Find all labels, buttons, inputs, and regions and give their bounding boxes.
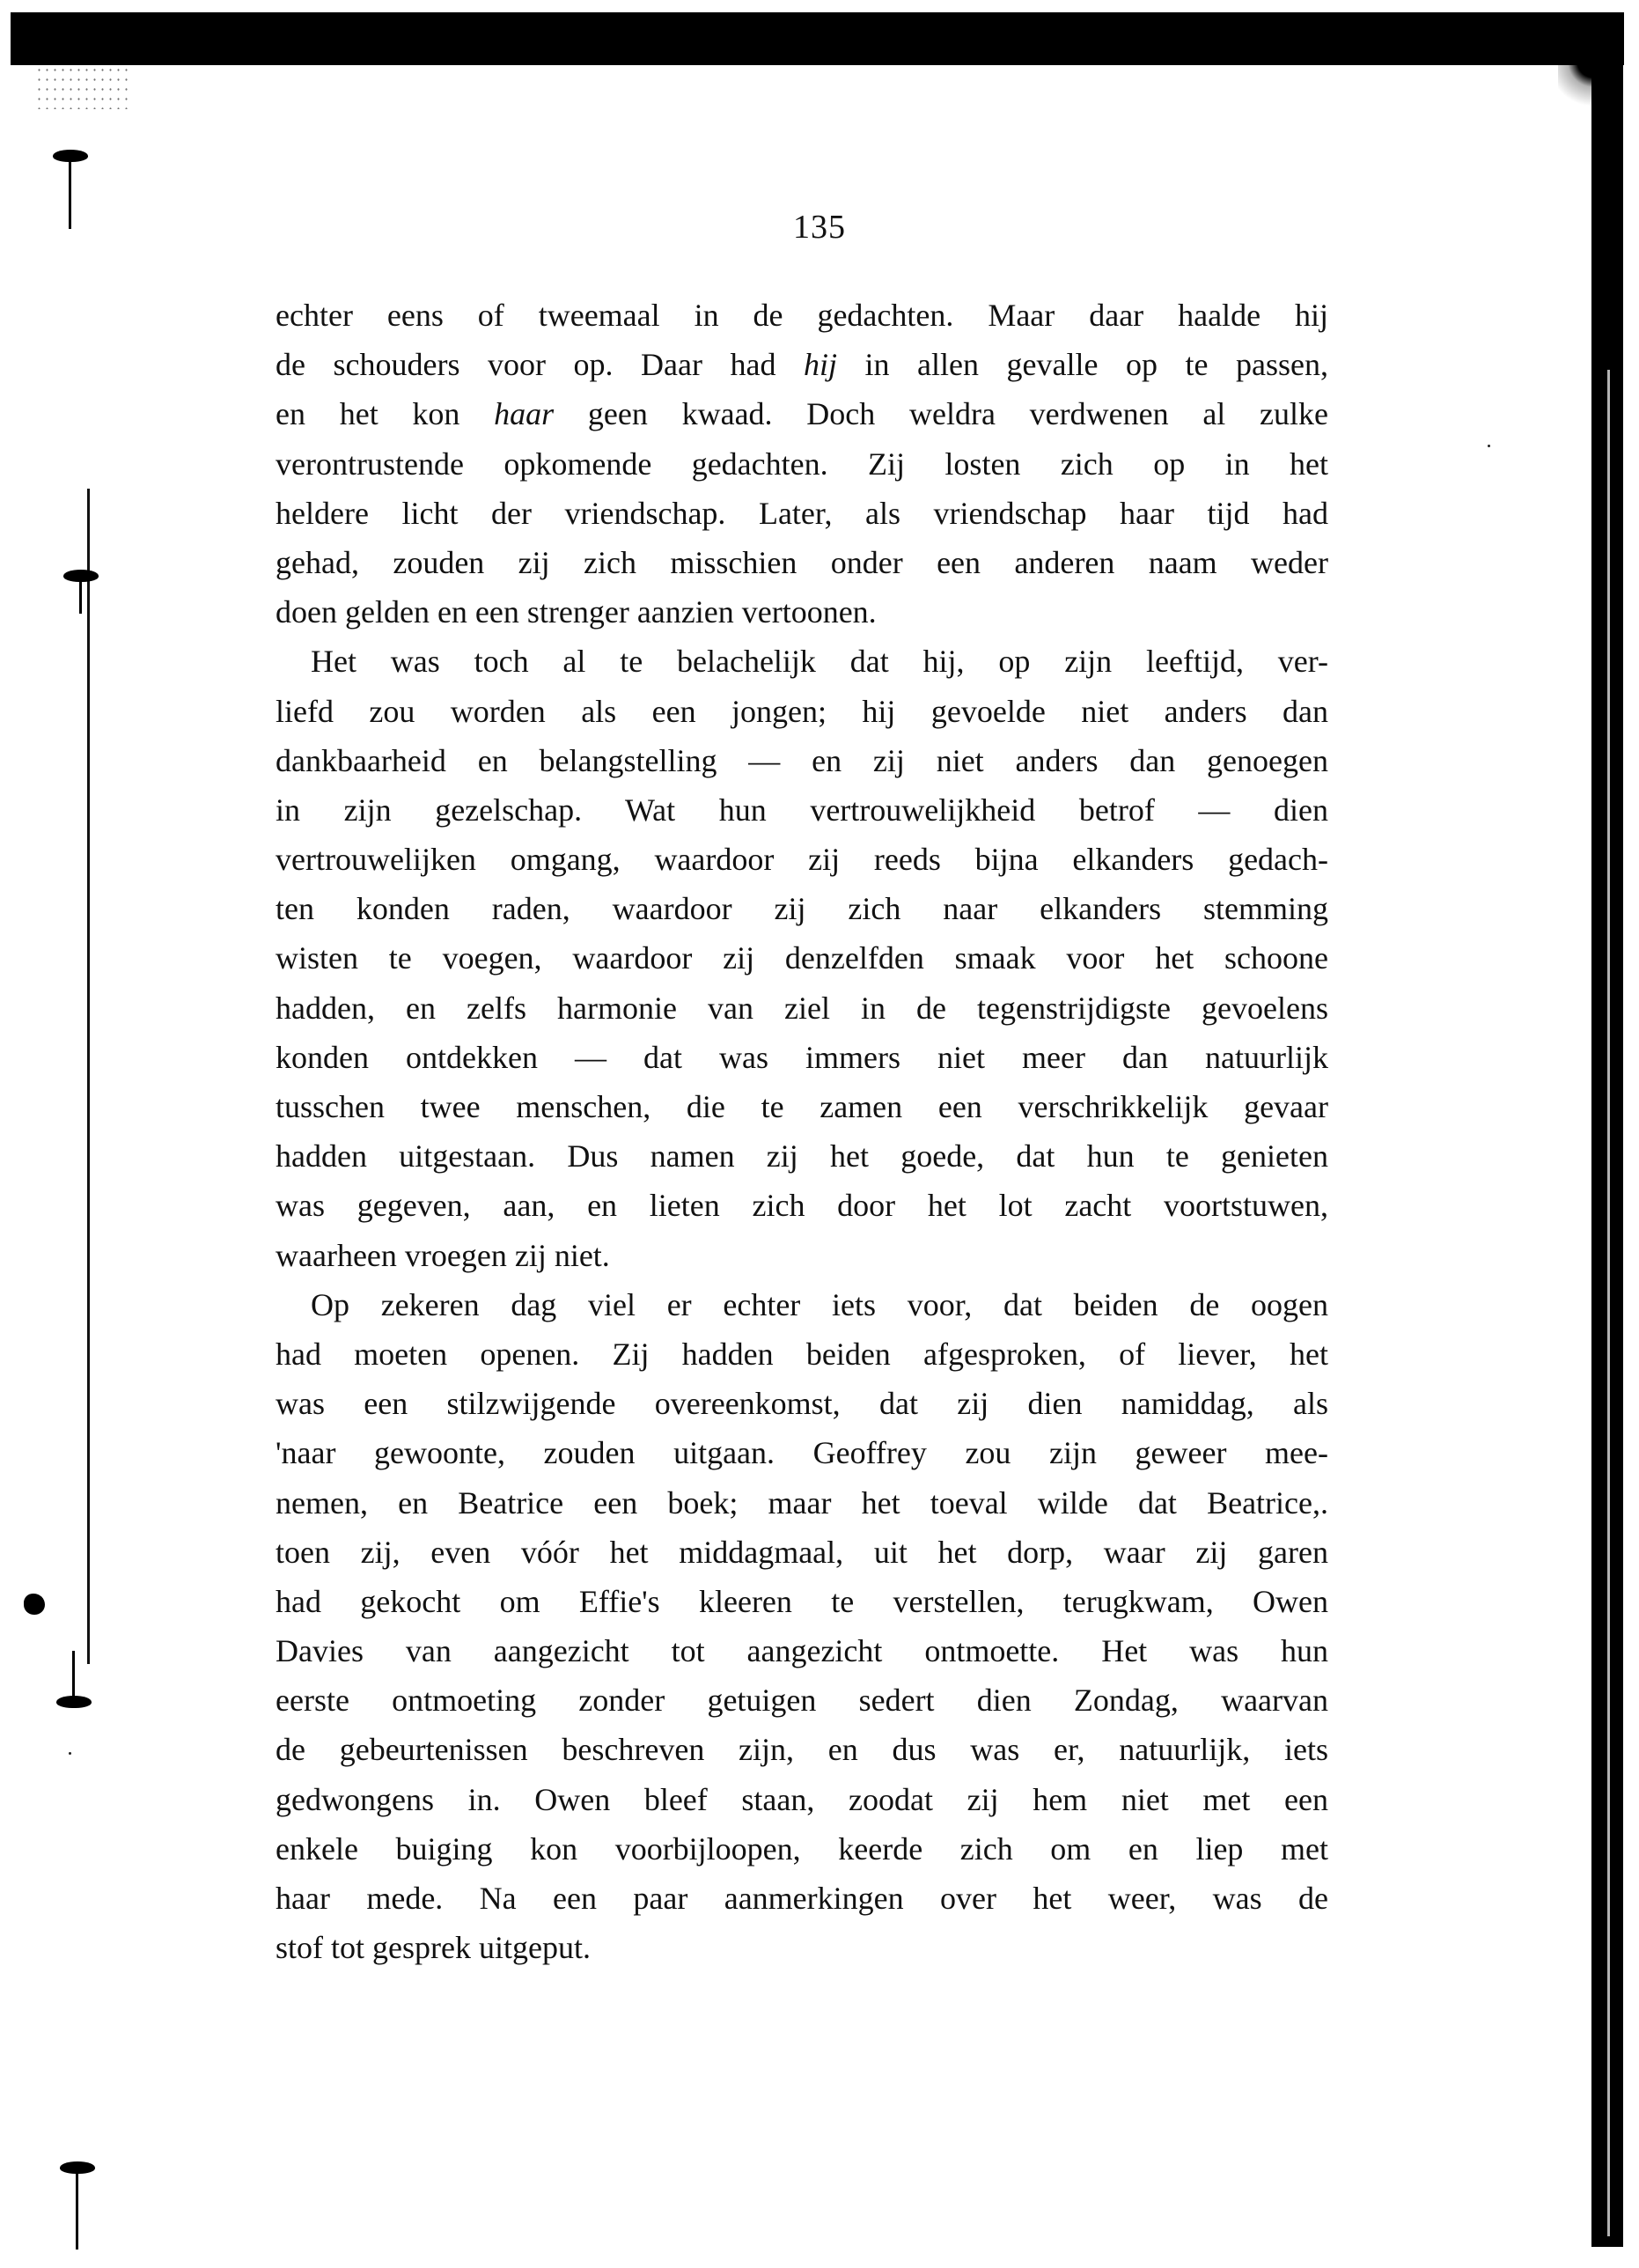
text-line: Davies van aangezicht tot aangezicht ont… <box>276 1626 1328 1675</box>
emphasis: haar <box>494 396 554 431</box>
text-line: en het kon haar geen kwaad. Doch weldra … <box>276 389 1328 438</box>
text-line: toen zij, even vóór het middagmaal, uit … <box>276 1528 1328 1577</box>
text-line: verontrustende opkomende gedachten. Zij … <box>276 439 1328 489</box>
text-line: ten konden raden, waardoor zij zich naar… <box>276 884 1328 933</box>
paragraph: echter eens of tweemaal in de gedachten.… <box>276 291 1328 637</box>
binding-pin-mark-icon <box>60 2161 95 2250</box>
text-line: dankbaarheid en belangstelling — en zij … <box>276 736 1328 785</box>
text-line: heldere licht der vriendschap. Later, al… <box>276 489 1328 538</box>
scan-dust-speck <box>1488 445 1490 447</box>
binding-margin-line <box>87 489 90 1664</box>
text-line: waarheen vroegen zij niet. <box>276 1231 1328 1280</box>
text-line: gehad, zouden zij zich misschien onder e… <box>276 538 1328 587</box>
text-line: wisten te voegen, waardoor zij denzelfde… <box>276 933 1328 983</box>
emphasis: hij <box>804 347 837 382</box>
text-line: tusschen twee menschen, die te zamen een… <box>276 1082 1328 1131</box>
text-line: echter eens of tweemaal in de gedachten.… <box>276 291 1328 340</box>
scan-speckle <box>35 65 132 109</box>
text-line: haar mede. Na een paar aanmerkingen over… <box>276 1874 1328 1923</box>
text-line: liefd zou worden als een jongen; hij gev… <box>276 687 1328 736</box>
text-line: was een stilzwijgende overeenkomst, dat … <box>276 1379 1328 1428</box>
text-line: enkele buiging kon voorbijloopen, keerde… <box>276 1824 1328 1874</box>
page-number: 135 <box>0 208 1639 247</box>
binding-pin-mark-icon <box>63 570 99 614</box>
paragraph: Op zekeren dag viel er echter iets voor,… <box>276 1280 1328 1973</box>
text-line: hadden, en zelfs harmonie van ziel in de… <box>276 983 1328 1033</box>
text-line: gedwongens in. Owen bleef staan, zoodat … <box>276 1775 1328 1824</box>
text-line: had moeten openen. Zij hadden beiden afg… <box>276 1329 1328 1379</box>
text-line: had gekocht om Effie's kleeren te verste… <box>276 1577 1328 1626</box>
text-line: hadden uitgestaan. Dus namen zij het goe… <box>276 1131 1328 1181</box>
text-line: vertrouwelijken omgang, waardoor zij ree… <box>276 835 1328 884</box>
scan-border-top <box>11 12 1624 65</box>
text-line: nemen, en Beatrice een boek; maar het to… <box>276 1478 1328 1528</box>
text-line: Op zekeren dag viel er echter iets voor,… <box>276 1280 1328 1329</box>
text-line: was gegeven, aan, en lieten zich door he… <box>276 1181 1328 1230</box>
text-line: eerste ontmoeting zonder getuigen sedert… <box>276 1675 1328 1725</box>
text-line: doen gelden en een strenger aanzien vert… <box>276 587 1328 637</box>
paragraph: Het was toch al te belachelijk dat hij, … <box>276 637 1328 1279</box>
text-line: stof tot gesprek uitgeput. <box>276 1923 1328 1972</box>
body-text: echter eens of tweemaal in de gedachten.… <box>276 291 1328 1972</box>
text-line: Het was toch al te belachelijk dat hij, … <box>276 637 1328 686</box>
scan-border-right-highlight <box>1607 370 1610 2236</box>
scan-corner-shadow <box>1558 62 1593 114</box>
scan-dust-speck <box>69 1752 71 1755</box>
binding-pin-mark-icon <box>56 1651 92 1708</box>
text-line: 'naar gewoonte, zouden uitgaan. Geoffrey… <box>276 1428 1328 1477</box>
text-line: konden ontdekken — dat was immers niet m… <box>276 1033 1328 1082</box>
text-line: in zijn gezelschap. Wat hun vertrouwelij… <box>276 785 1328 835</box>
text-line: de gebeurtenissen beschreven zijn, en du… <box>276 1725 1328 1774</box>
text-line: de schouders voor op. Daar had hij in al… <box>276 340 1328 389</box>
ink-blot-mark <box>24 1594 45 1615</box>
